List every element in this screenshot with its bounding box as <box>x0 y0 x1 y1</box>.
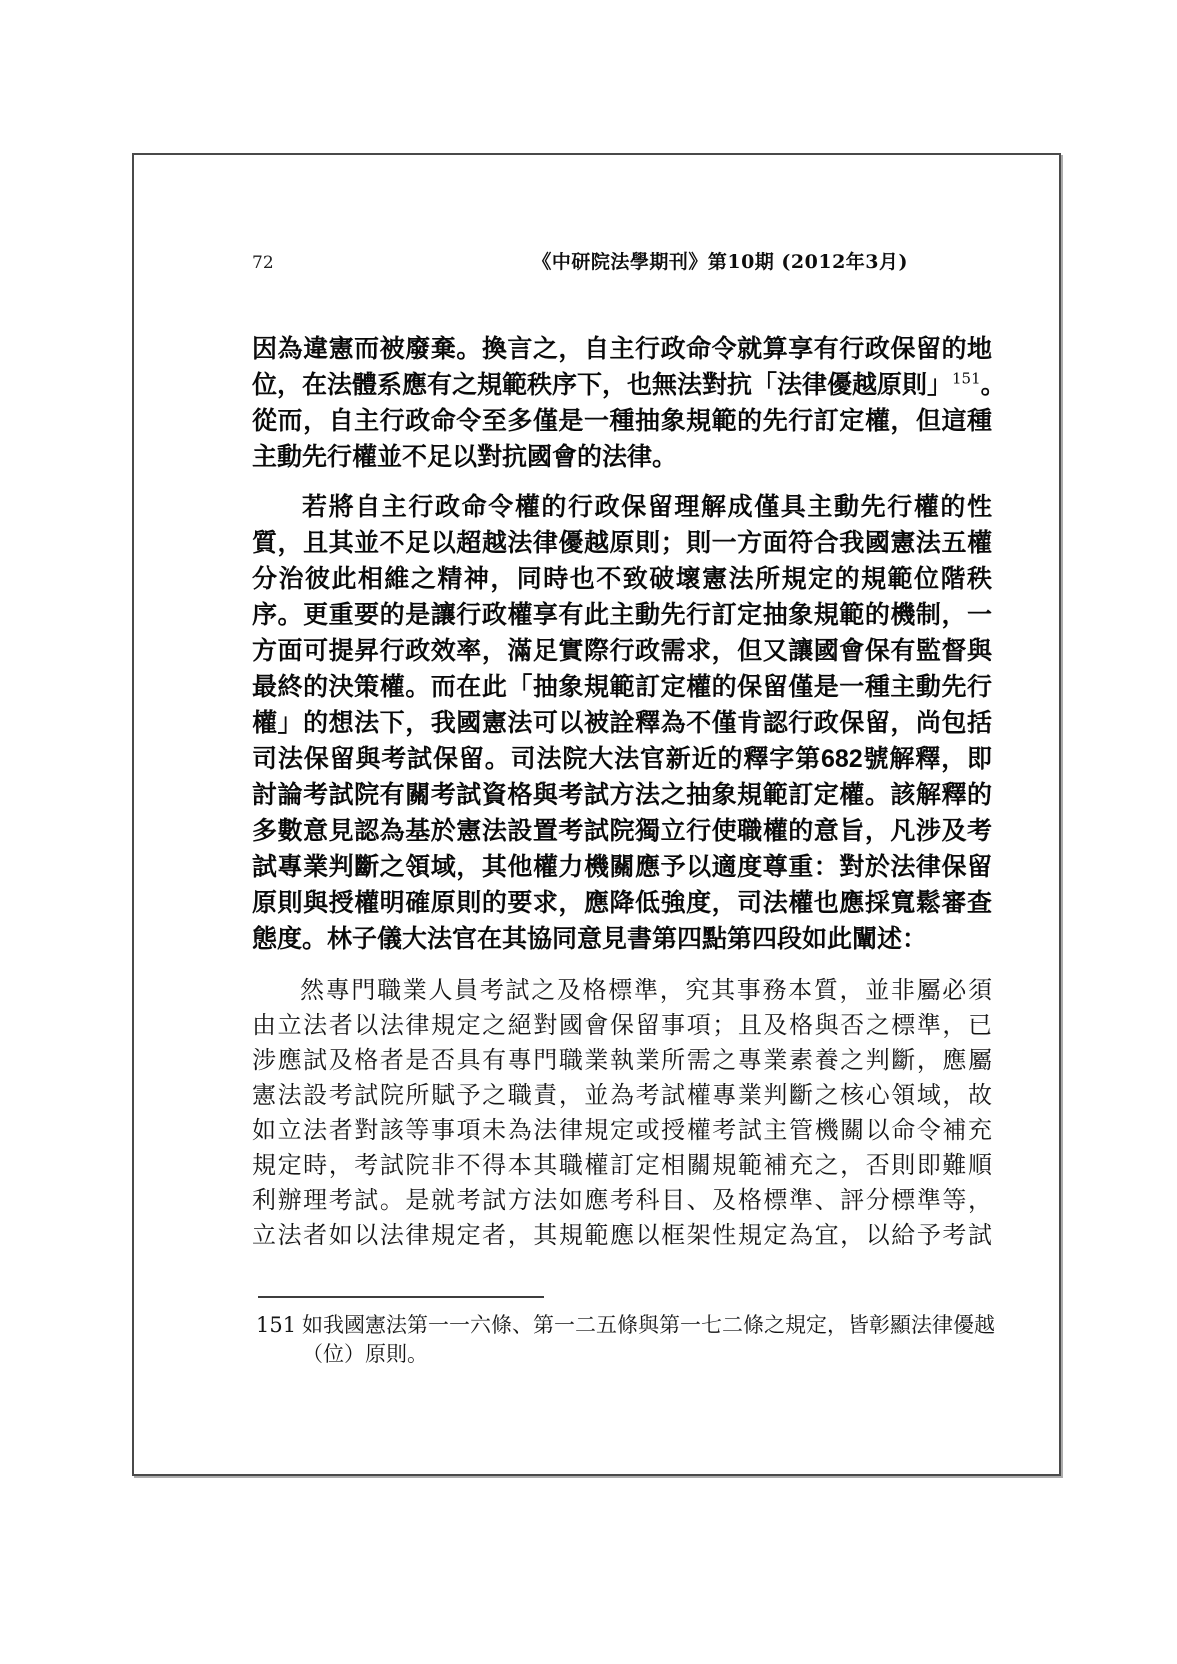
page-number: 72 <box>252 253 274 273</box>
footnote-line-1: 如我國憲法第一一六條、第一二五條與第一七二條之規定，皆彰顯法律優越 <box>302 1311 995 1340</box>
page-border-frame: 72 《中研院法學期刊》第10期 (2012年3月) 因為違憲而被廢棄。換言之，… <box>132 153 1061 1476</box>
footnote-line-2: （位）原則。 <box>302 1340 995 1369</box>
quote-line-2: 由立法者以法律規定之絕對國會保留事項；且及格與否之標準，已 <box>252 1008 992 1043</box>
paragraph-1-line-3: 從而，自主行政命令至多僅是一種抽象規範的先行訂定權，但這種 <box>252 403 992 439</box>
paragraph-2-line-7: 權」的想法下，我國憲法可以被詮釋為不僅肯認行政保留，尚包括 <box>252 705 992 741</box>
footnote-151: 151 如我國憲法第一一六條、第一二五條與第一七二條之規定，皆彰顯法律優越 （位… <box>256 1311 992 1369</box>
paragraph-1-line-2-period: 。 <box>981 371 1006 399</box>
paragraph-2-line-1: 若將自主行政命令權的行政保留理解成僅具主動先行權的性 <box>252 489 992 525</box>
paragraph-2-line-5: 方面可提昇行政效率，滿足實際行政需求，但又讓國會保有監督與 <box>252 633 992 669</box>
quote-line-3: 涉應試及格者是否具有專門職業執業所需之專業素養之判斷，應屬 <box>252 1043 992 1078</box>
paragraph-1-line-2-text: 位，在法體系應有之規範秩序下，也無法對抗「法律優越原則」 <box>252 371 952 399</box>
paragraph-1-line-4: 主動先行權並不足以對抗國會的法律。 <box>252 439 992 475</box>
paragraph-2-line-8: 司法保留與考試保留。司法院大法官新近的釋字第682號解釋，即 <box>252 741 992 777</box>
footnote-text: 如我國憲法第一一六條、第一二五條與第一七二條之規定，皆彰顯法律優越 （位）原則。 <box>302 1311 995 1369</box>
paragraph-2-line-6: 最終的決策權。而在此「抽象規範訂定權的保留僅是一種主動先行 <box>252 669 992 705</box>
quote-line-8: 立法者如以法律規定者，其規範應以框架性規定為宜，以給予考試 <box>252 1218 992 1253</box>
paragraph-1: 因為違憲而被廢棄。換言之，自主行政命令就算享有行政保留的地 位，在法體系應有之規… <box>252 331 992 475</box>
paragraph-2-line-3: 分治彼此相維之精神，同時也不致破壞憲法所規定的規範位階秩 <box>252 561 992 597</box>
paragraph-2-line-2: 質，且其並不足以超越法律優越原則；則一方面符合我國憲法五權 <box>252 525 992 561</box>
block-quote-concurring-opinion: 然專門職業人員考試之及格標準，究其事務本質，並非屬必須 由立法者以法律規定之絕對… <box>252 973 992 1253</box>
journal-running-head: 《中研院法學期刊》第10期 (2012年3月) <box>532 247 908 274</box>
paragraph-2: 若將自主行政命令權的行政保留理解成僅具主動先行權的性 質，且其並不足以超越法律優… <box>252 489 992 957</box>
paragraph-2-line-9: 討論考試院有關考試資格與考試方法之抽象規範訂定權。該解釋的 <box>252 777 992 813</box>
quote-line-7: 利辦理考試。是就考試方法如應考科目、及格標準、評分標準等， <box>252 1183 992 1218</box>
paragraph-2-line-4: 序。更重要的是讓行政權享有此主動先行訂定抽象規範的機制，一 <box>252 597 992 633</box>
paragraph-2-line-11: 試專業判斷之領域，其他權力機關應予以適度尊重：對於法律保留 <box>252 849 992 885</box>
paragraph-2-line-10: 多數意見認為基於憲法設置考試院獨立行使職權的意旨，凡涉及考 <box>252 813 992 849</box>
footnote-reference-151: 151 <box>952 370 981 388</box>
paragraph-2-line-12: 原則與授權明確原則的要求，應降低強度，司法權也應採寬鬆審查 <box>252 885 992 921</box>
paragraph-2-line-13: 態度。林子儀大法官在其協同意見書第四點第四段如此闡述： <box>252 921 992 957</box>
quote-line-5: 如立法者對該等事項未為法律規定或授權考試主管機關以命令補充 <box>252 1113 992 1148</box>
running-header: 72 《中研院法學期刊》第10期 (2012年3月) <box>252 247 992 274</box>
quote-line-6: 規定時，考試院非不得本其職權訂定相關規範補充之，否則即難順 <box>252 1148 992 1183</box>
paragraph-1-line-1: 因為違憲而被廢棄。換言之，自主行政命令就算享有行政保留的地 <box>252 331 992 367</box>
footnote-separator-rule <box>258 1296 544 1298</box>
paragraph-1-line-2: 位，在法體系應有之規範秩序下，也無法對抗「法律優越原則」151。 <box>252 367 992 403</box>
quote-line-1: 然專門職業人員考試之及格標準，究其事務本質，並非屬必須 <box>252 973 992 1008</box>
footnote-number: 151 <box>256 1311 302 1369</box>
screenshot-root: { "page": { "number": "72", "running_hea… <box>0 0 1177 1664</box>
quote-line-4: 憲法設考試院所賦予之職責，並為考試權專業判斷之核心領域，故 <box>252 1078 992 1113</box>
